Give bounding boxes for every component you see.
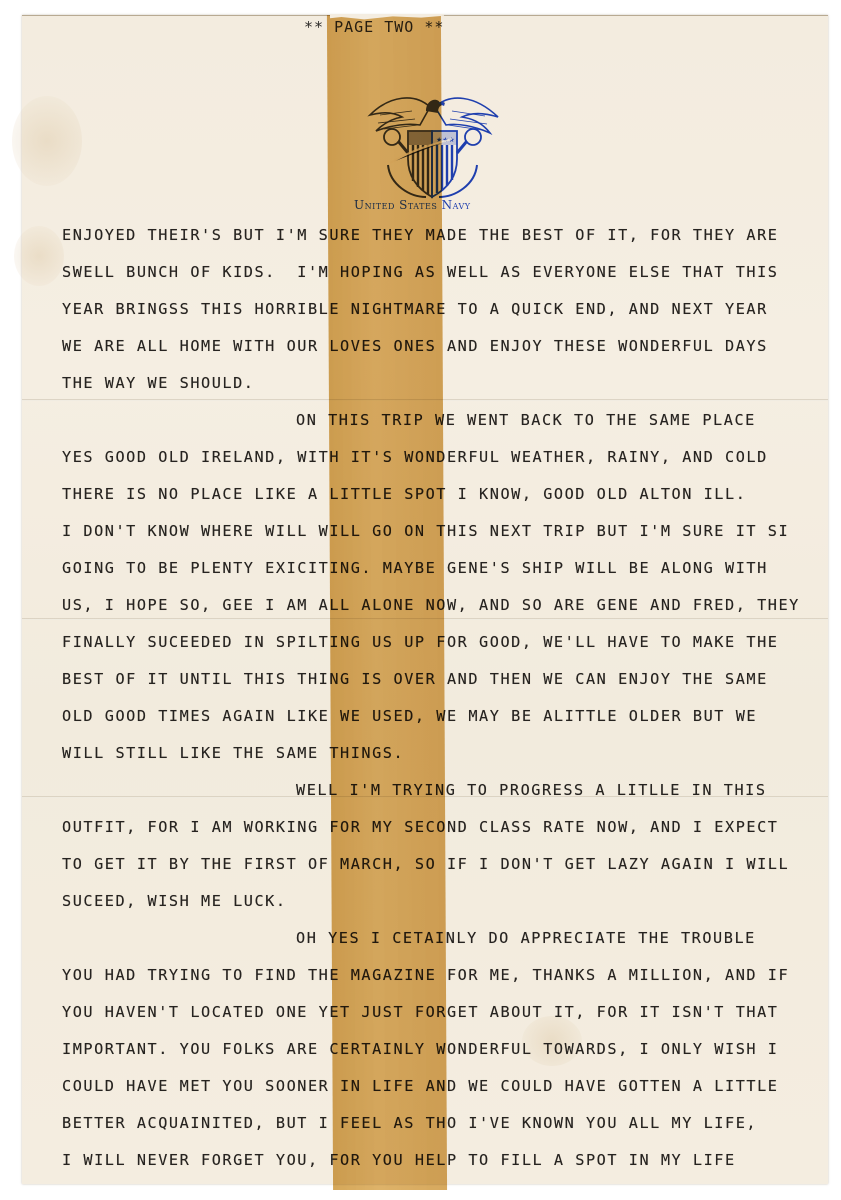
- letter-line: I DON'T KNOW WHERE WILL WILL GO ON THIS …: [62, 520, 832, 557]
- letter-line: THE WAY WE SHOULD.: [62, 372, 832, 409]
- letter-line: YES GOOD OLD IRELAND, WITH IT'S WONDERFU…: [62, 446, 832, 483]
- letter-line: YEAR BRINGSS THIS HORRIBLE NIGHTMARE TO …: [62, 298, 832, 335]
- letter-line: FINALLY SUCEEDED IN SPILTING US UP FOR G…: [62, 631, 832, 668]
- letter-line: COULD HAVE MET YOU SOONER IN LIFE AND WE…: [62, 1075, 832, 1112]
- paper-stain: [12, 96, 82, 186]
- letter-line: OLD GOOD TIMES AGAIN LIKE WE USED, WE MA…: [62, 705, 832, 742]
- letter-line: SUCEED, WISH ME LUCK.: [62, 890, 832, 927]
- letter-line: WILL STILL LIKE THE SAME THINGS.: [62, 742, 832, 779]
- letter-line: OUTFIT, FOR I AM WORKING FOR MY SECOND C…: [62, 816, 832, 853]
- letter-line: THERE IS NO PLACE LIKE A LITTLE SPOT I K…: [62, 483, 832, 520]
- letter-line: US, I HOPE SO, GEE I AM ALL ALONE NOW, A…: [62, 594, 832, 631]
- paper-stain: [14, 226, 64, 286]
- letter-line: YOU HAD TRYING TO FIND THE MAGAZINE FOR …: [62, 964, 832, 1001]
- letter-line: ON THIS TRIP WE WENT BACK TO THE SAME PL…: [62, 409, 832, 446]
- letter-line: BEST OF IT UNTIL THIS THING IS OVER AND …: [62, 668, 832, 705]
- letter-line: WELL I'M TRYING TO PROGRESS A LITLLE IN …: [62, 779, 832, 816]
- letter-line: BETTER ACQUAINITED, BUT I FEEL AS THO I'…: [62, 1112, 832, 1149]
- adhesive-tape-strip: [327, 15, 447, 1190]
- letter-line: IMPORTANT. YOU FOLKS ARE CERTAINLY WONDE…: [62, 1038, 832, 1075]
- letter-line: YOU HAVEN'T LOCATED ONE YET JUST FORGET …: [62, 1001, 832, 1038]
- letter-body: ENJOYED THEIR'S BUT I'M SURE THEY MADE T…: [62, 224, 832, 1186]
- letter-line: SWELL BUNCH OF KIDS. I'M HOPING AS WELL …: [62, 261, 832, 298]
- letter-line: ENJOYED THEIR'S BUT I'M SURE THEY MADE T…: [62, 224, 832, 261]
- letter-line: TO GET IT BY THE FIRST OF MARCH, SO IF I…: [62, 853, 832, 890]
- letter-line: WE ARE ALL HOME WITH OUR LOVES ONES AND …: [62, 335, 832, 372]
- letter-line: OH YES I CETAINLY DO APPRECIATE THE TROU…: [62, 927, 832, 964]
- letter-line: GOING TO BE PLENTY EXICITING. MAYBE GENE…: [62, 557, 832, 594]
